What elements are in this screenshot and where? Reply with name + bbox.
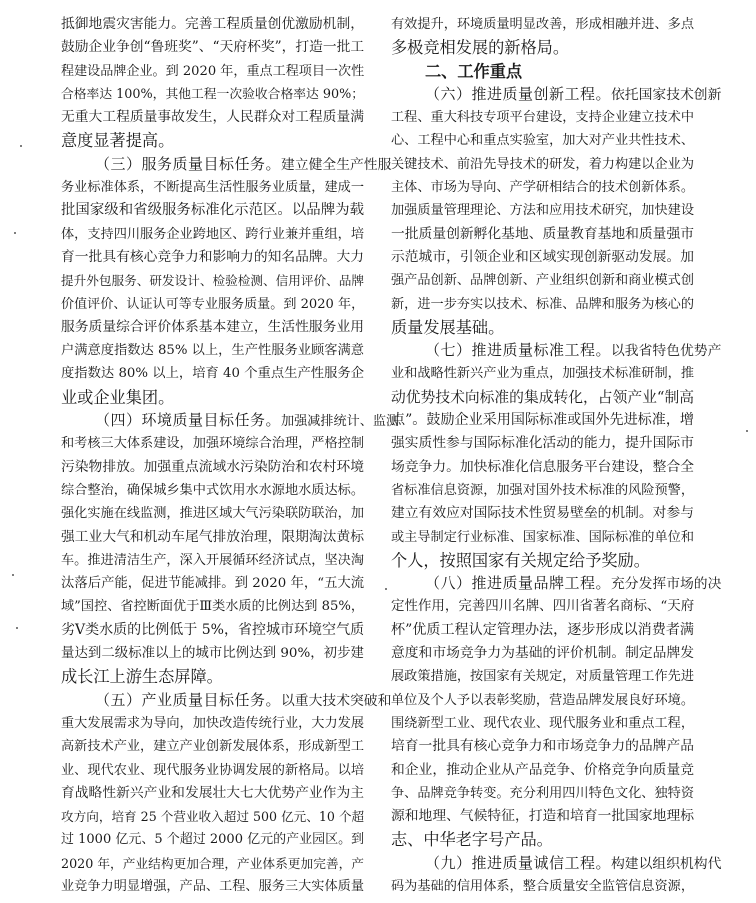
text-line: 车。推进清洁生产，深入开展循环经济试点，坚决淘	[61, 549, 364, 572]
line-text: 2020 年，产业结构更加合理，产业体系更加完善，产	[61, 856, 364, 871]
line-text: 依托国家技术创新	[611, 87, 721, 103]
line-text: 污染物排放。加强重点流域水污染防治和农村环境	[61, 459, 364, 475]
text-line: 育一批具有核心竞争力和影响力的知名品牌。大力	[61, 246, 364, 269]
line-text: 志、中华老字号产品。	[391, 830, 553, 849]
text-line: 或主导制定行业标准、国家标准、国际标准的单位和	[391, 526, 694, 549]
line-text: 过 1000 亿元、5 个超过 2000 亿元的产业园区。到	[61, 832, 364, 847]
line-text: 业竞争力明显增强，产品、工程、服务三大实体质量	[61, 879, 364, 894]
text-line: 程建设品牌企业。到 2020 年，重点工程项目一次性	[61, 60, 364, 83]
line-text: 关键技术、前沿先导技术的研发，着力构建以企业为	[391, 157, 694, 172]
line-text: 和考核三大体系建设，加强环境综合治理，严格控制	[61, 436, 364, 451]
text-line: 和考核三大体系建设，加强环境综合治理，严格控制	[61, 432, 364, 455]
paragraph-first-line: （四）环境质量目标任务。加强减排统计、监测	[61, 409, 364, 432]
text-line: 劣Ⅴ类水质的比例低于 5%，省控城市环境空气质	[61, 619, 364, 642]
line-text: 展政策措施，按国家有关规定，对质量管理工作先进	[391, 669, 694, 684]
subsection-title: （三）服务质量目标任务。	[95, 155, 281, 173]
paragraph-end-line: 业或企业集团。	[61, 386, 364, 409]
line-text: 省标准信息资源，加强对国外技术标准的风险预警，	[391, 483, 694, 498]
line-text: 建立有效应对国际技术性贸易壁垒的机制。对参与	[391, 505, 694, 521]
line-text: 意度显著提高。	[61, 131, 174, 150]
text-line: 服务质量综合评价体系基本建立，生活性服务业用	[61, 316, 364, 339]
text-line: 过 1000 亿元、5 个超过 2000 亿元的产业园区。到	[61, 828, 364, 851]
line-text: 强工业大气和机动车尾气排放治理，限期淘汰黄标	[61, 529, 364, 545]
line-text: 主体、市场为导向、产学研相结合的技术创新体系。	[391, 180, 694, 195]
line-text: 强化实施在线监测，推进区域大气污染联防联治，加	[61, 506, 364, 521]
paragraph-end-line: 质量发展基础。	[391, 316, 694, 339]
line-text: 抵御地震灾害能力。完善工程质量创优激励机制，	[61, 16, 364, 32]
line-text: 场竞争力。加快标准化信息服务平台建设，整合全	[391, 459, 694, 475]
line-text: 单位及个人予以表彰奖励，营造品牌发展良好环境。	[391, 693, 694, 708]
line-text: 业和战略性新兴产业为重点，加强技术标准研制，推	[391, 366, 694, 381]
text-line: 加强质量管理理论、方法和应用技术研究，加快建设	[391, 199, 694, 222]
line-text: 个人，按照国家有关规定给予奖励。	[391, 551, 650, 570]
line-text: 以重大技术突破和	[281, 693, 391, 709]
paragraph-first-line: （九）推进质量诚信工程。构建以组织机构代	[391, 852, 694, 875]
line-text: 加强质量管理理论、方法和应用技术研究，加快建设	[391, 203, 694, 218]
text-line: 污染物排放。加强重点流域水污染防治和农村环境	[61, 456, 364, 479]
line-text: 成长江上游生态屏障。	[61, 667, 223, 686]
text-line: 关键技术、前沿先导技术的研发，着力构建以企业为	[391, 153, 694, 176]
paragraph-first-line: （八）推进质量品牌工程。充分发挥市场的决	[391, 572, 694, 595]
text-line: 攻方向，培育 25 个营业收入超过 500 亿元、10 个超	[61, 805, 364, 828]
text-line: 省标准信息资源，加强对国外技术标准的风险预警，	[391, 479, 694, 502]
line-text: 和企业，推动企业从产品竞争、价格竞争向质量竞	[391, 762, 694, 778]
left-text-column: 抵御地震灾害能力。完善工程质量创优激励机制，鼓励企业争创“鲁班奖”、“天府杯奖”…	[61, 13, 364, 898]
scan-speck	[16, 627, 18, 629]
line-text: 建立健全生产性服	[281, 157, 391, 173]
text-line: 定性作用，完善四川名牌、四川省著名商标、“天府	[391, 595, 694, 618]
line-text: 源和地理、气候特征，打造和培育一批国家地理标	[391, 808, 694, 824]
paragraph-end-line: 意度显著提高。	[61, 129, 364, 152]
paragraph-end-line: 多极竞相发展的新格局。	[391, 36, 694, 59]
line-text: 加强减排统计、监测	[281, 414, 399, 429]
line-text: 合格率达 100%，其他工程一次验收合格率达 90%；	[61, 87, 364, 102]
line-text: 业、现代农业、现代服务业协调发展的新格局。以培	[61, 763, 364, 778]
line-text: 点”。鼓励企业采用国际标准或国外先进标准，增	[391, 412, 694, 428]
text-line: 2020 年，产业结构更加合理，产业体系更加完善，产	[61, 852, 364, 875]
text-line: 展政策措施，按国家有关规定，对质量管理工作先进	[391, 665, 694, 688]
text-line: 点”。鼓励企业采用国际标准或国外先进标准，增	[391, 409, 694, 432]
paragraph-end-line: 成长江上游生态屏障。	[61, 665, 364, 688]
text-line: 争、品牌竞争转变。充分利用四川特色文化、独特资	[391, 782, 694, 805]
line-text: 码为基础的信用体系，整合质量安全监管信息资源，	[391, 879, 694, 894]
line-text: 定性作用，完善四川名牌、四川省著名商标、“天府	[391, 598, 694, 614]
line-text: 批国家级和省级服务标准化示范区。以品牌为载	[61, 202, 364, 218]
scan-speck	[12, 574, 14, 576]
document-page: 抵御地震灾害能力。完善工程质量创优激励机制，鼓励企业争创“鲁班奖”、“天府杯奖”…	[0, 0, 756, 903]
text-line: 一批质量创新孵化基地、质量教育基地和质量强市	[391, 223, 694, 246]
line-text: 提升外包服务、研发设计、检验检测、信用评价、品牌	[61, 273, 364, 288]
line-text: 心、工程中心和重点实验室，加大对产业共性技术、	[391, 133, 694, 148]
line-text: 业或企业集团。	[61, 388, 174, 407]
scan-speck	[746, 430, 748, 432]
subsection-title: （六）推进质量创新工程。	[425, 85, 611, 103]
text-line: 强化实施在线监测，推进区域大气污染联防联治，加	[61, 502, 364, 525]
line-text: 新，进一步夯实以技术、标准、品牌和服务为核心的	[391, 297, 694, 312]
text-line: 动优势技术向标准的集成转化，占领产业“制高	[391, 386, 694, 409]
text-line: 业竞争力明显增强，产品、工程、服务三大实体质量	[61, 875, 364, 898]
line-text: 杯”优质工程认定管理办法，逐步形成以消费者满	[391, 622, 694, 638]
subsection-title: （四）环境质量目标任务。	[95, 411, 281, 429]
text-line: 汰落后产能，促进节能减排。到 2020 年，“五大流	[61, 572, 364, 595]
subsection-title: （八）推进质量品牌工程。	[425, 574, 611, 592]
line-text: 鼓励企业争创“鲁班奖”、“天府杯奖”，打造一批工	[61, 39, 364, 55]
text-line: 心、工程中心和重点实验室，加大对产业共性技术、	[391, 129, 694, 152]
text-line: 综合整治，确保城乡集中式饮用水水源地水质达标。	[61, 479, 364, 502]
line-text: 一批质量创新孵化基地、质量教育基地和质量强市	[391, 226, 694, 242]
line-text: 质量发展基础。	[391, 318, 504, 337]
line-text: 劣Ⅴ类水质的比例低于 5%，省控城市环境空气质	[61, 622, 364, 638]
scan-speck	[385, 588, 387, 590]
line-text: 高新技术产业，建立产业创新发展体系，形成新型工	[61, 739, 364, 754]
subsection-title: （九）推进质量诚信工程。	[425, 854, 611, 872]
line-text: 构建以组织机构代	[611, 856, 721, 872]
text-line: 户满意度指数达 85% 以上，生产性服务业顾客满意	[61, 339, 364, 362]
line-text: 攻方向，培育 25 个营业收入超过 500 亿元、10 个超	[61, 809, 364, 824]
text-line: 业、现代农业、现代服务业协调发展的新格局。以培	[61, 759, 364, 782]
text-line: 杯”优质工程认定管理办法，逐步形成以消费者满	[391, 619, 694, 642]
line-text: 车。推进清洁生产，深入开展循环经济试点，坚决淘	[61, 553, 364, 568]
text-line: 重大发展需求为导向，加快改造传统行业，大力发展	[61, 712, 364, 735]
text-line: 建立有效应对国际技术性贸易壁垒的机制。对参与	[391, 502, 694, 525]
line-text: 或主导制定行业标准、国家标准、国际标准的单位和	[391, 530, 694, 545]
paragraph-first-line: （三）服务质量目标任务。建立健全生产性服	[61, 153, 364, 176]
line-text: 服务质量综合评价体系基本建立，生活性服务业用	[61, 319, 364, 335]
line-text: 重大发展需求为导向，加快改造传统行业，大力发展	[61, 716, 364, 731]
text-line: 合格率达 100%，其他工程一次验收合格率达 90%；	[61, 83, 364, 106]
line-text: 域”国控、省控断面优于Ⅲ类水质的比例达到 85%，	[61, 599, 364, 614]
text-line: 务业标准体系，不断提高生活性服务业质量，建成一	[61, 176, 364, 199]
text-line: 强产品创新、品牌创新、产业组织创新和商业模式创	[391, 269, 694, 292]
text-line: 域”国控、省控断面优于Ⅲ类水质的比例达到 85%，	[61, 595, 364, 618]
line-text: 二、工作重点	[425, 62, 522, 81]
subsection-title: （五）产业质量目标任务。	[95, 691, 281, 709]
line-text: 价值评价、认证认可等专业服务质量。到 2020 年，	[61, 297, 364, 312]
line-text: 户满意度指数达 85% 以上，生产性服务业顾客满意	[61, 343, 364, 358]
text-line: 鼓励企业争创“鲁班奖”、“天府杯奖”，打造一批工	[61, 36, 364, 59]
text-line: 源和地理、气候特征，打造和培育一批国家地理标	[391, 805, 694, 828]
right-text-column: 有效提升，环境质量明显改善，形成相融并进、多点多极竞相发展的新格局。二、工作重点…	[391, 13, 694, 898]
text-line: 批国家级和省级服务标准化示范区。以品牌为载	[61, 199, 364, 222]
text-line: 度指数达 80% 以上，培育 40 个重点生产性服务企	[61, 362, 364, 385]
text-line: 提升外包服务、研发设计、检验检测、信用评价、品牌	[61, 269, 364, 292]
text-line: 有效提升，环境质量明显改善，形成相融并进、多点	[391, 13, 694, 36]
line-text: 育一批具有核心竞争力和影响力的知名品牌。大力	[61, 249, 364, 265]
text-line: 抵御地震灾害能力。完善工程质量创优激励机制，	[61, 13, 364, 36]
line-text: 动优势技术向标准的集成转化，占领产业“制高	[391, 389, 694, 406]
text-line: 高新技术产业，建立产业创新发展体系，形成新型工	[61, 735, 364, 758]
line-text: 多极竞相发展的新格局。	[391, 38, 569, 57]
line-text: 度指数达 80% 以上，培育 40 个重点生产性服务企	[61, 366, 364, 381]
text-line: 业和战略性新兴产业为重点，加强技术标准研制，推	[391, 362, 694, 385]
line-text: 体，支持四川服务企业跨地区、跨行业兼并重组，培	[61, 227, 364, 242]
line-text: 充分发挥市场的决	[611, 576, 721, 592]
line-text: 务业标准体系，不断提高生活性服务业质量，建成一	[61, 180, 364, 195]
paragraph-first-line: （六）推进质量创新工程。依托国家技术创新	[391, 83, 694, 106]
line-text: 育战略性新兴产业和发展壮大七大优势产业作为主	[61, 785, 364, 801]
paragraph-end-line: 个人，按照国家有关规定给予奖励。	[391, 549, 694, 572]
text-line: 价值评价、认证认可等专业服务质量。到 2020 年，	[61, 293, 364, 316]
line-text: 综合整治，确保城乡集中式饮用水水源地水质达标。	[61, 483, 364, 498]
text-line: 围绕新型工业、现代农业、现代服务业和重点工程，	[391, 712, 694, 735]
line-text: 围绕新型工业、现代农业、现代服务业和重点工程，	[391, 716, 694, 731]
text-line: 码为基础的信用体系，整合质量安全监管信息资源，	[391, 875, 694, 898]
text-line: 育战略性新兴产业和发展壮大七大优势产业作为主	[61, 782, 364, 805]
line-text: 工程、重大科技专项平台建设，支持企业建立技术中	[391, 110, 694, 125]
text-line: 培育一批具有核心竞争力和市场竞争力的品牌产品	[391, 735, 694, 758]
line-text: 汰落后产能，促进节能减排。到 2020 年，“五大流	[61, 576, 364, 591]
paragraph-end-line: 志、中华老字号产品。	[391, 828, 694, 851]
text-line: 工程、重大科技专项平台建设，支持企业建立技术中	[391, 106, 694, 129]
scan-speck	[20, 145, 22, 147]
line-text: 无重大工程质量事故发生，人民群众对工程质量满	[61, 109, 364, 125]
line-text: 示范城市，引领企业和区域实现创新驱动发展。加	[391, 249, 694, 265]
text-line: 单位及个人予以表彰奖励，营造品牌发展良好环境。	[391, 689, 694, 712]
line-text: 争、品牌竞争转变。充分利用四川特色文化、独特资	[391, 786, 694, 801]
text-line: 无重大工程质量事故发生，人民群众对工程质量满	[61, 106, 364, 129]
text-line: 量达到二级标准以上的城市比例达到 90%，初步建	[61, 642, 364, 665]
line-text: 强产品创新、品牌创新、产业组织创新和商业模式创	[391, 273, 694, 288]
line-text: 程建设品牌企业。到 2020 年，重点工程项目一次性	[61, 64, 364, 79]
line-text: 量达到二级标准以上的城市比例达到 90%，初步建	[61, 646, 364, 661]
paragraph-first-line: （七）推进质量标准工程。以我省特色优势产	[391, 339, 694, 362]
text-line: 体，支持四川服务企业跨地区、跨行业兼并重组，培	[61, 223, 364, 246]
line-text: 意度和市场竞争力为基础的评价机制。制定品牌发	[391, 645, 694, 661]
text-line: 主体、市场为导向、产学研相结合的技术创新体系。	[391, 176, 694, 199]
subsection-title: （七）推进质量标准工程。	[425, 341, 611, 359]
line-text: 有效提升，环境质量明显改善，形成相融并进、多点	[391, 17, 694, 32]
text-line: 示范城市，引领企业和区域实现创新驱动发展。加	[391, 246, 694, 269]
text-line: 强工业大气和机动车尾气排放治理，限期淘汰黄标	[61, 526, 364, 549]
text-line: 和企业，推动企业从产品竞争、价格竞争向质量竞	[391, 759, 694, 782]
text-line: 场竞争力。加快标准化信息服务平台建设，整合全	[391, 456, 694, 479]
scan-speck	[14, 232, 16, 234]
line-text: 强实质性参与国际标准化活动的能力，提升国际市	[391, 435, 694, 451]
text-line: 意度和市场竞争力为基础的评价机制。制定品牌发	[391, 642, 694, 665]
paragraph-first-line: （五）产业质量目标任务。以重大技术突破和	[61, 689, 364, 712]
line-text: 培育一批具有核心竞争力和市场竞争力的品牌产品	[391, 738, 694, 754]
section-heading: 二、工作重点	[391, 60, 694, 83]
line-text: 以我省特色优势产	[611, 343, 721, 359]
text-line: 强实质性参与国际标准化活动的能力，提升国际市	[391, 432, 694, 455]
text-line: 新，进一步夯实以技术、标准、品牌和服务为核心的	[391, 293, 694, 316]
